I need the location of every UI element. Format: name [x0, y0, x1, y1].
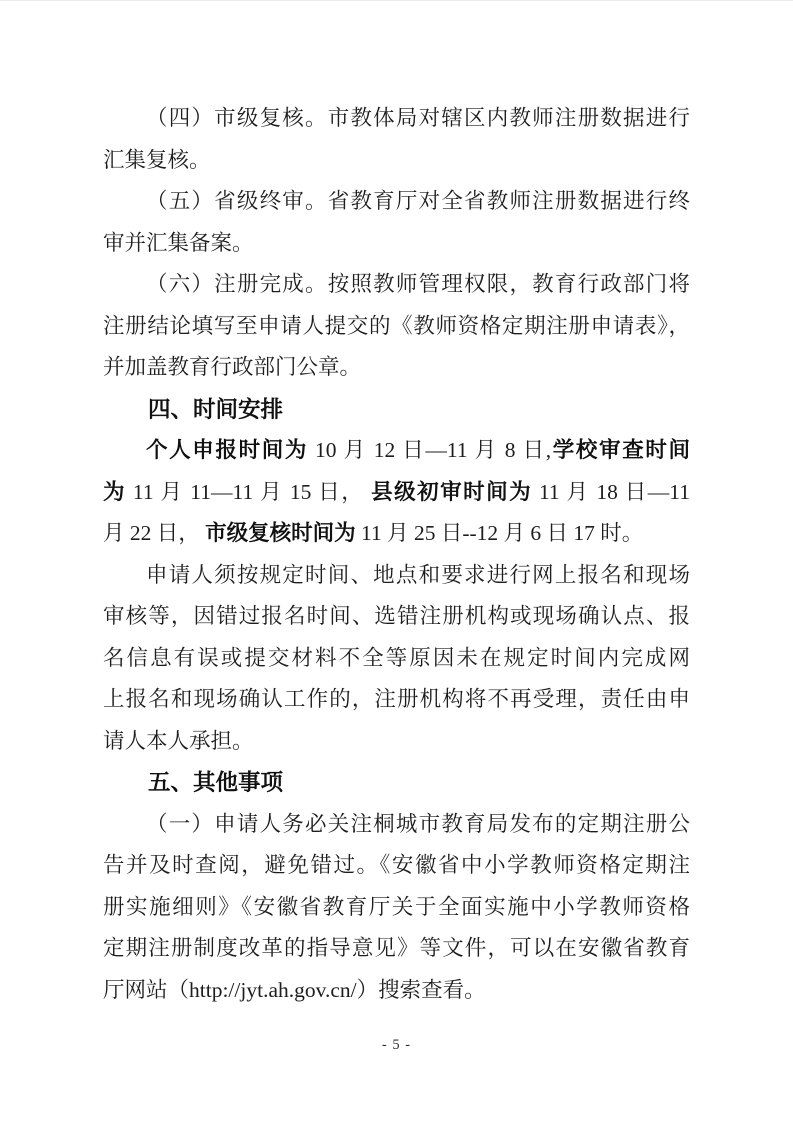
section-heading: 四、时间安排	[103, 389, 690, 431]
text-line: 定期注册制度改革的指导意见》等文件，可以在安徽省教育	[103, 928, 690, 970]
text-run: 10 月 12 日—11 月 8 日,	[308, 438, 551, 462]
text-line: （一）申请人务必关注桐城市教育局发布的定期注册公	[103, 804, 690, 846]
text-line: 告并及时查阅，避免错过。《安徽省中小学教师资格定期注	[103, 845, 690, 887]
text-line: 个人申报时间为 10 月 12 日—11 月 8 日,学校审查时间	[103, 430, 690, 472]
text-run: 厅网站（http://jyt.ah.gov.cn/）搜索查看。	[103, 978, 486, 1002]
text-line: 为 11 月 11—11 月 15 日， 县级初审时间为 11 月 18 日—1…	[103, 472, 690, 514]
page-number: - 5 -	[0, 1037, 793, 1054]
text-line: 汇集复核。	[103, 140, 690, 182]
text-line: 月 22 日， 市级复核时间为 11 月 25 日--12 月 6 日 17 时…	[103, 513, 690, 555]
text-run: 五、其他事项	[148, 770, 283, 795]
text-line: 厅网站（http://jyt.ah.gov.cn/）搜索查看。	[103, 970, 690, 1012]
bold-text-run: 县级初审时间为	[371, 480, 532, 504]
text-line: 名信息有误或提交材料不全等原因未在规定时间内完成网	[103, 638, 690, 680]
text-run: （六）注册完成。按照教师管理权限，教育行政部门将	[146, 272, 690, 296]
text-run: （五）省级终审。省教育厅对全省教师注册数据进行终	[146, 189, 690, 213]
text-line: 册实施细则》《安徽省教育厅关于全面实施中小学教师资格	[103, 887, 690, 929]
bold-text-run: 为	[103, 480, 126, 504]
text-run: 名信息有误或提交材料不全等原因未在规定时间内完成网	[103, 646, 690, 670]
text-run: 注册结论填写至申请人提交的《教师资格定期注册申请表》，	[103, 314, 690, 338]
text-line: （四）市级复核。市教体局对辖区内教师注册数据进行	[103, 98, 690, 140]
text-line: 注册结论填写至申请人提交的《教师资格定期注册申请表》，	[103, 306, 690, 348]
bold-text-run: 个人申报时间为	[146, 438, 308, 462]
text-line: 请人本人承担。	[103, 721, 690, 763]
text-line: 上报名和现场确认工作的，注册机构将不再受理，责任由申	[103, 679, 690, 721]
text-line: 审并汇集备案。	[103, 223, 690, 265]
text-line: （五）省级终审。省教育厅对全省教师注册数据进行终	[103, 181, 690, 223]
text-run: 四、时间安排	[148, 397, 283, 422]
text-run: 定期注册制度改革的指导意见》等文件，可以在安徽省教育	[103, 936, 690, 960]
text-run: 11 月 11—11 月 15 日，	[126, 480, 371, 504]
text-run: 申请人须按规定时间、地点和要求进行网上报名和现场	[146, 563, 690, 587]
bold-text-run: 学校审查时间	[551, 438, 690, 462]
text-run: 册实施细则》《安徽省教育厅关于全面实施中小学教师资格	[103, 895, 690, 919]
text-run: 上报名和现场确认工作的，注册机构将不再受理，责任由申	[103, 687, 690, 711]
bold-text-run: 市级复核时间为	[205, 521, 356, 545]
document-page: （四）市级复核。市教体局对辖区内教师注册数据进行汇集复核。（五）省级终审。省教育…	[0, 0, 793, 1123]
text-run: 审并汇集备案。	[103, 231, 254, 255]
text-line: （六）注册完成。按照教师管理权限，教育行政部门将	[103, 264, 690, 306]
text-line: 并加盖教育行政部门公章。	[103, 347, 690, 389]
text-line: 申请人须按规定时间、地点和要求进行网上报名和现场	[103, 555, 690, 597]
text-run: 审核等，因错过报名时间、选错注册机构或现场确认点、报	[103, 604, 690, 628]
text-run: 告并及时查阅，避免错过。《安徽省中小学教师资格定期注	[103, 853, 690, 877]
text-run: 月 22 日，	[103, 521, 205, 545]
text-run: 并加盖教育行政部门公章。	[103, 355, 361, 379]
text-run: （四）市级复核。市教体局对辖区内教师注册数据进行	[146, 106, 690, 130]
text-run: 汇集复核。	[103, 148, 211, 172]
text-run: 请人本人承担。	[103, 729, 254, 753]
document-body: （四）市级复核。市教体局对辖区内教师注册数据进行汇集复核。（五）省级终审。省教育…	[103, 98, 690, 1011]
text-run: 11 月 25 日--12 月 6 日 17 时。	[356, 521, 644, 545]
text-run: （一）申请人务必关注桐城市教育局发布的定期注册公	[146, 812, 690, 836]
text-line: 审核等，因错过报名时间、选错注册机构或现场确认点、报	[103, 596, 690, 638]
section-heading: 五、其他事项	[103, 762, 690, 804]
text-run: 11 月 18 日—11	[532, 480, 690, 504]
